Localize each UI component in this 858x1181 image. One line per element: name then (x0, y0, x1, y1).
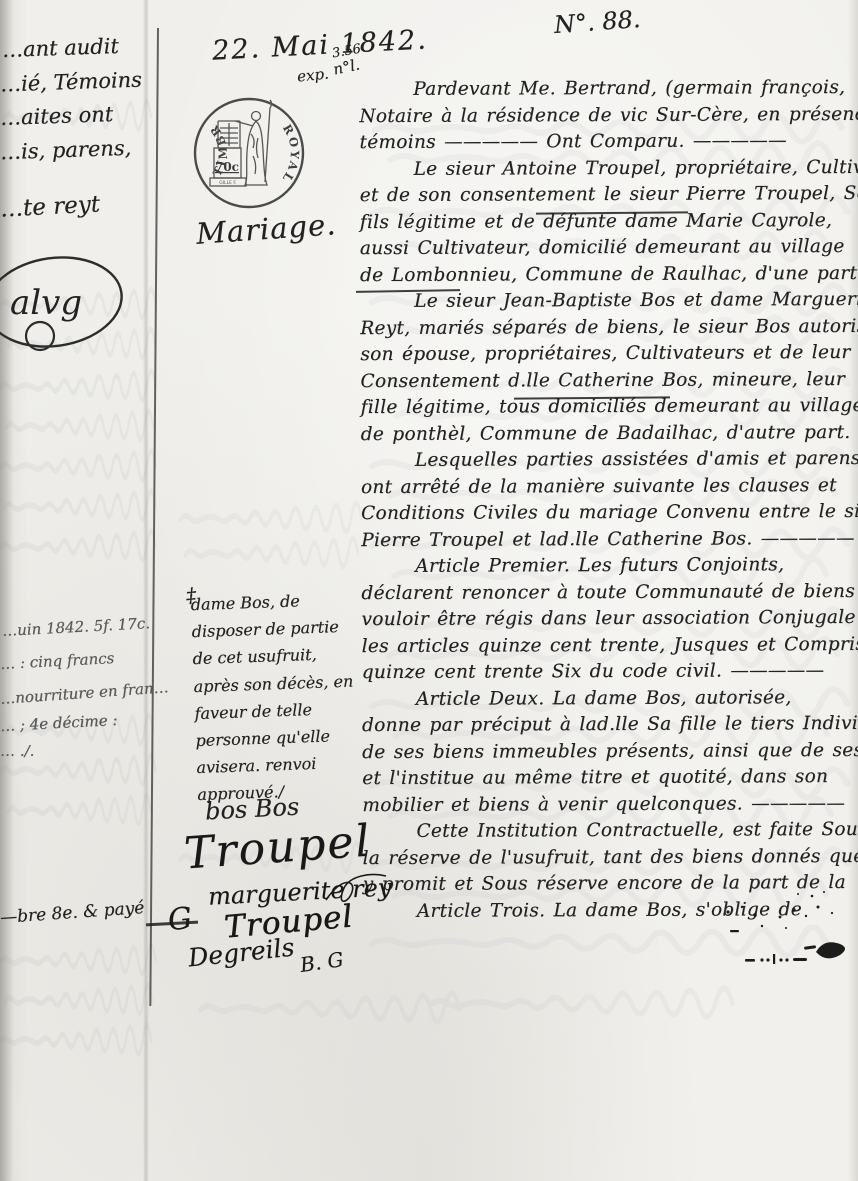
act-body-line: vouloir être régis dans leur association… (361, 605, 858, 634)
act-body-line: ont arrêté de la manière suivante les cl… (361, 472, 858, 501)
page-left-edge (0, 0, 14, 1181)
act-body-line: donne par préciput à lad.lle Sa fille le… (362, 711, 858, 740)
stamp-base-text: GILLE F. (219, 180, 236, 186)
act-body-line: témoins ————— Ont Comparu. ————— (359, 128, 858, 157)
document-page: …ant audit …ié, Témoins …aites ont …is, … (0, 0, 858, 1181)
act-body-line: Reyt, mariés séparés de biens, le sieur … (360, 313, 858, 342)
expedition-annotation: exp. (296, 64, 329, 85)
act-body-line: aussi Cultivateur, domicilié demeurant a… (360, 234, 858, 263)
left-fragment: …te reyt (0, 191, 101, 222)
act-body-line: et de son consentement le sieur Pierre T… (360, 181, 858, 210)
act-body-line: Article Premier. Les futurs Conjoints, (361, 552, 858, 581)
left-fragment: …aites ont (0, 102, 114, 130)
act-body-line: déclarent renoncer à toute Communauté de… (361, 578, 858, 607)
stamp-denomination: 70c (215, 160, 239, 174)
ink-speckles (700, 882, 858, 987)
fold-crease (143, 0, 149, 1181)
act-body-line: Article Deux. La dame Bos, autorisée, (362, 684, 858, 713)
act-body-line: de ponthèl, Commune de Badailhac, d'autr… (361, 419, 858, 448)
timbre-royal-stamp: TIMBRE ROYAL. 70c GILLE F. (190, 94, 308, 212)
left-fragment: … ./. (0, 742, 34, 760)
act-body-line: la réserve de l'usufruit, tant des biens… (363, 843, 858, 872)
act-body-line: de ses biens immeubles présents, ainsi q… (362, 737, 858, 766)
act-body-text: Pardevant Me. Bertrand, (germain françoi… (359, 75, 858, 925)
act-body-line: Lesquelles parties assistées d'amis et p… (361, 446, 858, 475)
svg-text:ROYAL.: ROYAL. (190, 94, 302, 186)
left-fragment: …ié, Témoins (0, 68, 142, 97)
act-body-line: et l'institue au même titre et quotité, … (362, 764, 858, 793)
act-body-line: son épouse, propriétaires, Cultivateurs … (360, 340, 858, 369)
act-body-line: les articles quinze cent trente, Jusques… (362, 631, 858, 660)
act-body-line: quinze cent trente Six du code civil. ——… (362, 658, 858, 687)
act-body-line: Pierre Troupel et lad.lle Catherine Bos.… (361, 525, 858, 554)
act-body-line: Cette Institution Contractuelle, est fai… (362, 817, 858, 846)
left-fragment: …is, parens, (0, 136, 132, 165)
stamp-arc-right-text: ROYAL. (190, 94, 302, 186)
act-body-line: de Lombonnieu, Commune de Raulhac, d'une… (360, 260, 858, 289)
margin-note: dame Bos, de disposer de partie de cet u… (190, 585, 375, 809)
act-body-line: Notaire à la résidence de vic Sur-Cère, … (359, 101, 858, 130)
act-body-line: mobilier et biens à venir quelconques. —… (362, 790, 858, 819)
paraph-text: alvg (10, 283, 82, 323)
left-fragment: …ant audit (2, 34, 120, 62)
signature-flourish-letter: G (166, 901, 193, 938)
act-body-line: Le sieur Antoine Troupel, propriétaire, … (359, 154, 858, 183)
act-body-line: Consentement d.lle Catherine Bos, mineur… (360, 366, 858, 395)
act-body-line: Pardevant Me. Bertrand, (germain françoi… (359, 75, 858, 104)
act-number: N°. 88. (553, 5, 641, 39)
act-body-line: Conditions Civiles du mariage Convenu en… (361, 499, 858, 528)
notary-paraph-circle: alvg (0, 250, 130, 362)
